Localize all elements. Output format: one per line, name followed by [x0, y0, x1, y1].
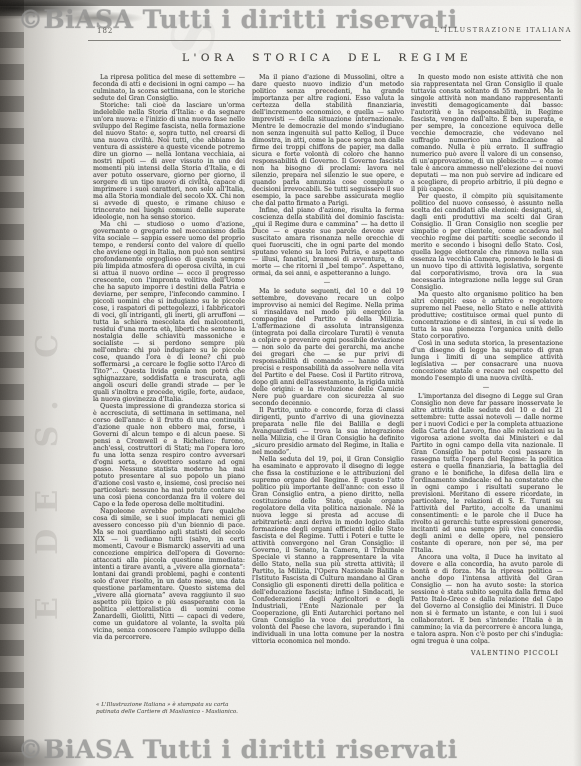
paragraph: Ma il piano d'azione di Mussolini, oltre…	[252, 74, 404, 207]
paragraph: La ripresa politica del mese di settembr…	[93, 74, 245, 102]
copyright-watermark-bottom: ©BiASA Tutti i diritti riservati	[18, 737, 458, 762]
paragraph: Napoleone avrebbe potuto fare qualche co…	[93, 508, 245, 641]
journal-name: L'ILLUSTRAZIONE ITALIANA	[435, 26, 572, 34]
ghost-stamp-text: E DE S. C	[30, 150, 65, 620]
paragraph: Questa impressione di grandezza storica …	[93, 403, 245, 508]
scanned-magazine-page: E DE S. C DE S. ©BiASA Tutti i diritti r…	[0, 0, 581, 766]
paragraph: In questo modo non esiste attività che n…	[411, 74, 563, 193]
paragraph: Il Partito, unito e concorde, forza di c…	[252, 407, 404, 456]
article-body: La ripresa politica del mese di settembr…	[93, 74, 563, 702]
article-column-2: Ma il piano d'azione di Mussolini, oltre…	[252, 74, 404, 702]
scan-gutter-edge	[0, 0, 24, 766]
paragraph: Ma questo alto organismo politico ha ben…	[411, 291, 563, 340]
paragraph: Nella seduta del 19, poi, il Gran Consig…	[252, 456, 404, 645]
paragraph: Ma chi — studioso o uomo d'azione, gover…	[93, 221, 245, 403]
printer-footnote-line-2: patinata delle Cartiere di Maslianico - …	[96, 709, 238, 716]
paragraph: Storiche: tali cioè da lasciare un'orma …	[93, 102, 245, 221]
paragraph: Così in una seduta storica, la presentaz…	[411, 340, 563, 382]
article-column-3: In questo modo non esiste attività che n…	[411, 74, 563, 702]
scan-right-edge	[573, 0, 581, 766]
printer-footnote: « L'Illustrazione Italiana » è stampata …	[96, 702, 238, 715]
page-number: 182	[97, 27, 113, 35]
copyright-watermark-top: ©BiASA Tutti i diritti riservati	[18, 7, 458, 32]
author-signature: VALENTINO PICCOLI	[411, 650, 563, 657]
header-rule	[88, 40, 561, 41]
paragraph: L'importanza del disegno di Legge sul Gr…	[411, 393, 563, 554]
paragraph: Infine, dal piano d'azione, risulta la f…	[252, 207, 404, 277]
paragraph: Ma le sedute seguenti, del 10 e del 19 s…	[252, 288, 404, 407]
article-title: L'ORA STORICA DEL REGIME	[92, 52, 562, 64]
article-column-1: La ripresa politica del mese di settembr…	[93, 74, 245, 702]
paragraph: Ancora una volta, il Duce ha invitato al…	[411, 554, 563, 645]
printer-footnote-line-1: « L'Illustrazione Italiana » è stampata …	[96, 702, 238, 709]
paragraph: Per questo, il còmpito più squisitamente…	[411, 193, 563, 291]
